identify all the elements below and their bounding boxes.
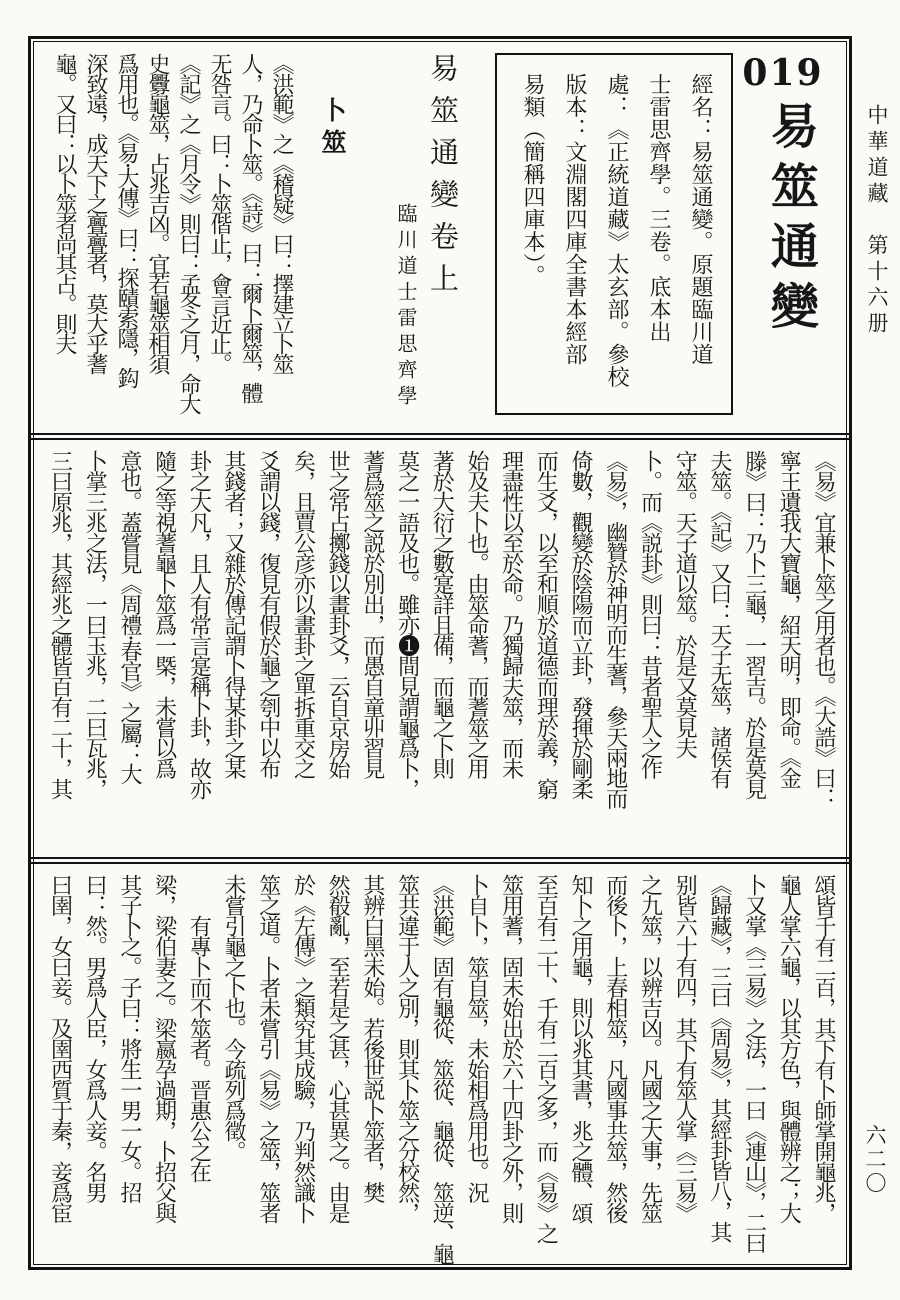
text-column: 其子卜之。子曰：將生一男一女。招 (111, 874, 146, 1257)
text-column: 而生爻，以至和順於道德而理於義，窮 (528, 450, 563, 847)
text-column: 《易》宜兼卜筮之用者也。《大誥》曰： (805, 450, 840, 847)
juan-title: 易筮通變卷上 (421, 53, 465, 419)
text-column: 然殽亂，至若是之甚，心甚異之。由是 (319, 874, 354, 1257)
folio-page-number: 六二〇 (864, 1124, 885, 1196)
text-column: 卜掌三兆之法，一曰玉兆，二曰瓦兆， (77, 450, 112, 847)
section-heading: 卜筮 (317, 53, 347, 419)
text-column: 卜自卜，筮自筮，未始相爲用也。況 (458, 874, 493, 1257)
text-column: 隨之等視蓍龜卜筮爲一槩，未嘗以爲 (146, 450, 181, 847)
text-column: 筮共違于人之別，則其卜筮之分校然， (389, 874, 424, 1257)
text-column: 未嘗引龜之卜也。今疏列爲徵。 (215, 874, 250, 1257)
page-frame: 019 易筮通變 經名：易筮通變。原題臨川道士雷思齊學。三卷。底本出處：《正統道… (28, 36, 852, 1270)
text-column: 三曰原兆，其經兆之體皆百有二十，其 (42, 450, 77, 847)
text-column: 筮之道。卜者未嘗引《易》之筮，筮者 (250, 874, 285, 1257)
text-column: 史釁龜筮，占兆吉凶。宜若龜筮相須 (142, 53, 173, 419)
text-column: 《歸藏》，三曰《周易》，其經卦皆八，其 (701, 874, 736, 1257)
text-column: 《記》之《月令》則曰：孟冬之月，命大 (173, 53, 204, 419)
text-column: 矣，且賈公彦亦以畫卦之單拆重交之 (285, 450, 320, 847)
text-column: 爻謂以錢，復見有假於龜之刳中以布 (250, 450, 285, 847)
text-column: 處：《正統道藏》太玄部。參校 (595, 73, 637, 395)
text-column: 蓍爲筮之説於別出，而愚自童丱習見 (354, 450, 389, 847)
text-column: 爲用也。《易·大傳》曰：探賾索隱，鈎 (111, 53, 142, 419)
text-column: 於《左傳》之類究其成驗，乃判然識卜 (285, 874, 320, 1257)
text-column: 筮用蓍，固未始出於六十四卦之外，則 (493, 874, 528, 1257)
text-column: 卜。而《説卦》則曰：昔者聖人之作 (632, 450, 667, 847)
book-title: 易筮通變 (764, 101, 817, 341)
text-column: 理盡性以至於命。乃獨歸夫筮，而未 (493, 450, 528, 847)
text-column: 《洪範》固有龜從、筮從、龜從、筮逆、龜 (424, 874, 459, 1257)
title-block: 019 易筮通變 (739, 53, 841, 419)
text-column: 易類（簡稱四庫本）。 (511, 73, 553, 395)
text-column: 守筮。天子道以筮。於是又莫見夫 (666, 450, 701, 847)
text-column: 世之常占擲錢以畫卦爻，云自京房始 (319, 450, 354, 847)
text-column: 卜又掌《三易》之法，一曰《連山》，二曰 (736, 874, 771, 1257)
text-column: 寧王遺我大寶龜，紹天明，即命。《金 (771, 450, 806, 847)
text-column: 意也。蓋嘗見《周禮·春官》之屬：大 (111, 450, 146, 847)
text-column: 卦之大凡，且人有常言寔稱卜卦，故亦 (181, 450, 216, 847)
text-column: 有專卜而不筮者。晋惠公之在 (181, 874, 216, 1257)
text-column: 无咎言。曰：卜筮偕止，會言近止。 (204, 53, 235, 419)
text-column: 龜。又曰：以卜筮者尚其占。則夫 (49, 53, 80, 419)
text-column: 其辨白黑未始。若後世説卜筮者，樊 (354, 874, 389, 1257)
text-column: 别皆六十有四，其下有筮人掌《三易》 (666, 874, 701, 1257)
register-divider (31, 857, 849, 864)
text-column: 梁，梁伯妻之。梁嬴孕過期，卜招父與 (146, 874, 181, 1257)
colophon-box: 經名：易筮通變。原題臨川道士雷思齊學。三卷。底本出處：《正統道藏》太玄部。參校版… (495, 53, 733, 415)
text-column: 之九筮，以辨吉凶。凡國之大事，先筮 (632, 874, 667, 1257)
text-column: 經名：易筮通變。原題臨川道 (679, 73, 721, 395)
text-column: 夫筮。《記》又曰：天子无筮，諸侯有 (701, 450, 736, 847)
text-column: 知卜之用龜，則以兆其書，兆之體、頌 (562, 874, 597, 1257)
author-attribution: 臨川道士雷思齊學 (391, 53, 421, 419)
text-column: 士雷思齊學。三卷。底本出 (637, 73, 679, 395)
text-column: 而後卜，上春相筮，凡國事共筮，然後 (597, 874, 632, 1257)
text-column: 版本：文淵閣四庫全書本經部 (553, 73, 595, 395)
text-column: 人，乃命卜筮。《詩》曰：爾卜爾筮，體 (235, 53, 266, 419)
text-column: 頌皆千有二百，其下有卜師掌開龜兆， (805, 874, 840, 1257)
series-spine-label: 中華道藏 第十六册 (866, 104, 887, 338)
text-column: 《洪範》之《稽疑》曰：擇建立卜筮 (266, 53, 297, 419)
register-top: 019 易筮通變 經名：易筮通變。原題臨川道士雷思齊學。三卷。底本出處：《正統道… (31, 39, 849, 433)
text-column: 莫之一語及也。雖亦❶間見謂龜爲卜， (389, 450, 424, 847)
text-column: 始及夫卜也。由筮命蓍，而蓍筮之用 (458, 450, 493, 847)
text-column: 曰圉，女曰妾。及圉西質于秦，妾爲宦 (42, 874, 77, 1257)
text-column: 滕》曰：乃卜三龜，一習吉。於是莫見 (736, 450, 771, 847)
item-number: 019 (739, 55, 827, 91)
scanned-book-page: { "ink_color": "#161616", "meta": { "ser… (0, 0, 900, 1300)
text-column: 著於大衍之數寔詳且備，而龜之卜則 (424, 450, 459, 847)
text-column: 《易》，幽贊於神明而生蓍，參天兩地而 (597, 450, 632, 847)
text-column: 曰：然。男爲人臣，女爲人妾。名男 (77, 874, 112, 1257)
text-column: 其錢者；又雜於傳記謂卜得某卦之某 (215, 450, 250, 847)
register-middle: 《易》宜兼卜筮之用者也。《大誥》曰：寧王遺我大寶龜，紹天明，即命。《金滕》曰：乃… (31, 440, 849, 857)
text-column: 龜人掌六龜，以其方色，與體辨之；大 (771, 874, 806, 1257)
register-bottom: 頌皆千有二百，其下有卜師掌開龜兆，龜人掌六龜，以其方色，與體辨之；大卜又掌《三易… (31, 864, 849, 1267)
text-column: 倚數，觀變於陰陽而立卦，發揮於剛柔 (562, 450, 597, 847)
register-divider (31, 433, 849, 440)
text-column: 深致遠，成天下之亹亹者，莫大乎蓍 (80, 53, 111, 419)
text-column: 至百有二十、千有二百之多，而《易》之 (528, 874, 563, 1257)
